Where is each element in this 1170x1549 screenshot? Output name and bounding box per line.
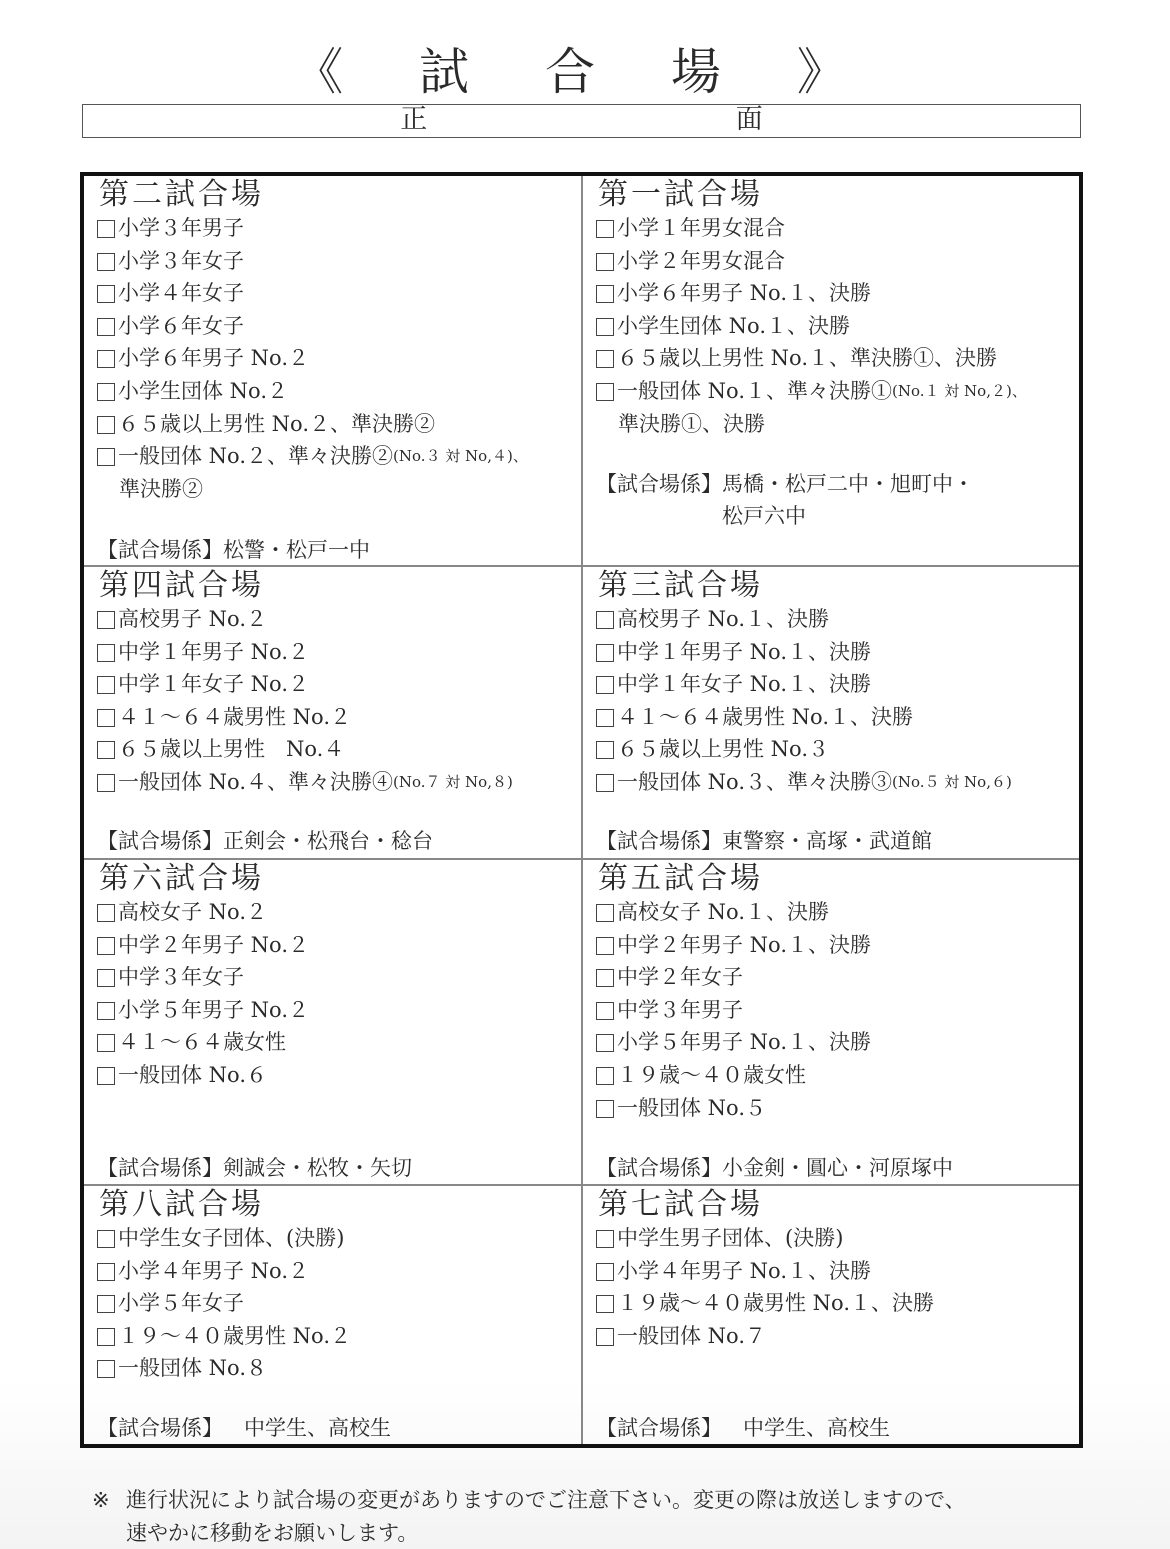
match-note: (No.７ 対 No,８): [393, 766, 513, 799]
event-item[interactable]: 小学生団体 No.１、決勝: [596, 310, 1079, 343]
checkbox[interactable]: [97, 611, 115, 629]
staff-names: 東警察・高塚・武道館: [722, 825, 932, 857]
checkbox[interactable]: [97, 416, 115, 434]
event-item[interactable]: 小学６年男子 No.２: [97, 342, 581, 375]
reference-mark-icon: ※: [92, 1484, 126, 1517]
checkbox[interactable]: [596, 1100, 614, 1118]
staff-names: 中学生、高校生: [223, 1412, 391, 1444]
checkbox[interactable]: [596, 969, 614, 987]
event-item[interactable]: 小学６年男子 No.１、決勝: [596, 277, 1079, 310]
checkbox[interactable]: [596, 1263, 614, 1281]
checkbox[interactable]: [97, 644, 115, 662]
event-item[interactable]: 小学５年男子 No.２: [97, 994, 581, 1027]
event-item-continuation: 準決勝②: [97, 473, 581, 506]
checkbox[interactable]: [596, 904, 614, 922]
event-item[interactable]: ６５歳以上男性 No.２、準決勝②: [97, 408, 581, 441]
event-item[interactable]: ４１～６４歳女性: [97, 1026, 581, 1059]
venue-staff: 【試合場係】小金剣・圓心・河原塚中: [596, 1152, 953, 1184]
checkbox[interactable]: [596, 318, 614, 336]
footnote-line-2: 速やかに移動をお願いします。: [92, 1517, 1102, 1549]
event-item[interactable]: 中学１年男子 No.１、決勝: [596, 636, 1079, 669]
staff-names: 小金剣・圓心・河原塚中: [722, 1152, 953, 1184]
checkbox[interactable]: [596, 676, 614, 694]
checkbox[interactable]: [596, 253, 614, 271]
venue-6-cell: 第六試合場 高校女子 No.２ 中学２年男子 No.２ 中学３年女子 小学５年男…: [84, 860, 583, 1186]
checkbox[interactable]: [97, 709, 115, 727]
staff-names: 正剣会・松飛台・稔台: [223, 825, 433, 857]
checkbox[interactable]: [596, 611, 614, 629]
event-item[interactable]: 中学２年男子 No.１、決勝: [596, 929, 1079, 962]
checkbox[interactable]: [97, 448, 115, 466]
event-item[interactable]: 中学１年女子 No.２: [97, 668, 581, 701]
event-item[interactable]: 小学６年女子: [97, 310, 581, 343]
checkbox[interactable]: [596, 937, 614, 955]
checkbox[interactable]: [97, 1295, 115, 1313]
venue-3-cell: 第三試合場 高校男子 No.１、決勝 中学１年男子 No.１、決勝 中学１年女子…: [583, 567, 1079, 860]
event-item[interactable]: 一般団体 No.５: [596, 1092, 1079, 1125]
event-item[interactable]: 中学３年女子: [97, 961, 581, 994]
venue-8-cell: 第八試合場 中学生女子団体、(決勝) 小学４年男子 No.２ 小学５年女子 １９…: [84, 1186, 583, 1444]
event-item[interactable]: 一般団体 No.３、準々決勝③(No.５ 対 No,６): [596, 766, 1079, 799]
event-item[interactable]: 小学１年男女混合: [596, 212, 1079, 245]
venue-title: 第六試合場: [99, 862, 581, 896]
event-item[interactable]: 一般団体 No.７: [596, 1320, 1079, 1353]
event-item[interactable]: 一般団体 No.８: [97, 1352, 581, 1385]
event-item[interactable]: 中学生男子団体、(決勝): [596, 1222, 1079, 1255]
checkbox[interactable]: [97, 1328, 115, 1346]
checkbox[interactable]: [97, 969, 115, 987]
page-title: 《 試 合 場 》: [0, 40, 1170, 104]
checkbox[interactable]: [596, 1034, 614, 1052]
event-item[interactable]: 一般団体 No.４、準々決勝④(No.７ 対 No,８): [97, 766, 581, 799]
event-item[interactable]: 小学生団体 No.２: [97, 375, 581, 408]
venue-title: 第七試合場: [598, 1188, 1079, 1222]
event-item[interactable]: ４１～６４歳男性 No.２: [97, 701, 581, 734]
event-item[interactable]: 中学３年男子: [596, 994, 1079, 1027]
venue-1-cell: 第一試合場 小学１年男女混合 小学２年男女混合 小学６年男子 No.１、決勝 小…: [583, 176, 1079, 567]
staff-names: 松警・松戸一中: [223, 534, 370, 566]
event-item-continuation: 準決勝①、決勝: [596, 408, 1079, 441]
checkbox[interactable]: [97, 1263, 115, 1281]
venue-title: 第一試合場: [598, 178, 1079, 212]
event-item[interactable]: 小学５年男子 No.１、決勝: [596, 1026, 1079, 1059]
checkbox[interactable]: [97, 1034, 115, 1052]
checkbox[interactable]: [596, 383, 614, 401]
venue-staff: 【試合場係】松警・松戸一中: [97, 534, 370, 566]
checkbox[interactable]: [97, 383, 115, 401]
checkbox[interactable]: [596, 709, 614, 727]
venue-staff: 【試合場係】正剣会・松飛台・稔台: [97, 825, 433, 857]
venue-title: 第二試合場: [99, 178, 581, 212]
event-item[interactable]: 小学２年男女混合: [596, 245, 1079, 278]
staff-names: 中学生、高校生: [722, 1412, 890, 1444]
event-item[interactable]: ６５歳以上男性 No.１、準決勝①、決勝: [596, 342, 1079, 375]
venue-staff: 【試合場係】剣誠会・松牧・矢切: [97, 1152, 412, 1184]
event-item[interactable]: 小学３年男子: [97, 212, 581, 245]
checkbox[interactable]: [97, 774, 115, 792]
checkbox[interactable]: [596, 220, 614, 238]
venue-staff: 【試合場係】東警察・高塚・武道館: [596, 825, 932, 857]
event-item[interactable]: 小学４年男子 No.１、決勝: [596, 1255, 1079, 1288]
checkbox[interactable]: [97, 220, 115, 238]
event-item[interactable]: 中学１年女子 No.１、決勝: [596, 668, 1079, 701]
venue-4-cell: 第四試合場 高校男子 No.２ 中学１年男子 No.２ 中学１年女子 No.２ …: [84, 567, 583, 860]
match-note: (No.５ 対 No,６): [892, 766, 1012, 799]
front-direction-label: 正 面: [82, 104, 1081, 138]
checkbox[interactable]: [596, 774, 614, 792]
venue-title: 第三試合場: [598, 569, 1079, 603]
checkbox[interactable]: [596, 644, 614, 662]
event-item[interactable]: 小学５年女子: [97, 1287, 581, 1320]
event-item[interactable]: 一般団体 No.２、準々決勝②(No.３ 対 No,４)、: [97, 440, 581, 473]
venue-title: 第五試合場: [598, 862, 1079, 896]
event-item[interactable]: 高校女子 No.１、決勝: [596, 896, 1079, 929]
checkbox[interactable]: [596, 1067, 614, 1085]
checkbox[interactable]: [97, 1360, 115, 1378]
match-note: (No.１ 対 No,２)、: [892, 375, 1027, 408]
checkbox[interactable]: [97, 1230, 115, 1248]
event-item[interactable]: １９～４０歳男性 No.２: [97, 1320, 581, 1353]
checkbox[interactable]: [596, 741, 614, 759]
checkbox[interactable]: [596, 350, 614, 368]
checkbox[interactable]: [596, 1328, 614, 1346]
checkbox[interactable]: [596, 1002, 614, 1020]
checkbox[interactable]: [596, 1230, 614, 1248]
checkbox[interactable]: [97, 741, 115, 759]
venue-7-cell: 第七試合場 中学生男子団体、(決勝) 小学４年男子 No.１、決勝 １９歳～４０…: [583, 1186, 1079, 1444]
venue-staff: 【試合場係】 中学生、高校生: [97, 1412, 391, 1444]
venue-title: 第八試合場: [99, 1188, 581, 1222]
venue-title: 第四試合場: [99, 569, 581, 603]
venue-5-cell: 第五試合場 高校女子 No.１、決勝 中学２年男子 No.１、決勝 中学２年女子…: [583, 860, 1079, 1186]
checkbox[interactable]: [97, 904, 115, 922]
event-item[interactable]: 小学３年女子: [97, 245, 581, 278]
event-item[interactable]: 中学２年男子 No.２: [97, 929, 581, 962]
checkbox[interactable]: [97, 676, 115, 694]
checkbox[interactable]: [97, 1002, 115, 1020]
event-item[interactable]: 中学２年女子: [596, 961, 1079, 994]
event-item[interactable]: 高校女子 No.２: [97, 896, 581, 929]
staff-names: 剣誠会・松牧・矢切: [223, 1152, 412, 1184]
event-item[interactable]: 一般団体 No.１、準々決勝①(No.１ 対 No,２)、: [596, 375, 1079, 408]
match-note: (No.３ 対 No,４)、: [393, 440, 528, 473]
event-item[interactable]: 小学４年男子 No.２: [97, 1255, 581, 1288]
checkbox[interactable]: [97, 1067, 115, 1085]
checkbox[interactable]: [596, 1295, 614, 1313]
staff-names: 馬橋・松戸二中・旭町中・松戸六中: [722, 468, 974, 532]
checkbox[interactable]: [97, 253, 115, 271]
footnote-line-1: 進行状況により試合場の変更がありますのでご注意下さい。変更の際は放送しますので、: [126, 1488, 966, 1512]
event-item[interactable]: 小学４年女子: [97, 277, 581, 310]
event-item[interactable]: １９歳～４０歳女性: [596, 1059, 1079, 1092]
event-item[interactable]: 中学生女子団体、(決勝): [97, 1222, 581, 1255]
checkbox[interactable]: [97, 285, 115, 303]
event-item[interactable]: ４１～６４歳男性 No.１、決勝: [596, 701, 1079, 734]
footnote: ※進行状況により試合場の変更がありますのでご注意下さい。変更の際は放送しますので…: [92, 1484, 1102, 1549]
checkbox[interactable]: [97, 350, 115, 368]
checkbox[interactable]: [596, 285, 614, 303]
event-item[interactable]: ６５歳以上男性 No.４: [97, 733, 581, 766]
checkbox[interactable]: [97, 318, 115, 336]
venue-grid: 第二試合場 小学３年男子 小学３年女子 小学４年女子 小学６年女子 小学６年男子…: [80, 172, 1083, 1448]
event-item[interactable]: 高校男子 No.１、決勝: [596, 603, 1079, 636]
venue-staff: 【試合場係】馬橋・松戸二中・旭町中・松戸六中: [596, 468, 974, 532]
venue-2-cell: 第二試合場 小学３年男子 小学３年女子 小学４年女子 小学６年女子 小学６年男子…: [84, 176, 583, 567]
event-item[interactable]: １９歳～４０歳男性 No.１、決勝: [596, 1287, 1079, 1320]
event-item[interactable]: 高校男子 No.２: [97, 603, 581, 636]
checkbox[interactable]: [97, 937, 115, 955]
event-item[interactable]: ６５歳以上男性 No.３: [596, 733, 1079, 766]
venue-staff: 【試合場係】 中学生、高校生: [596, 1412, 890, 1444]
event-item[interactable]: 一般団体 No.６: [97, 1059, 581, 1092]
event-item[interactable]: 中学１年男子 No.２: [97, 636, 581, 669]
